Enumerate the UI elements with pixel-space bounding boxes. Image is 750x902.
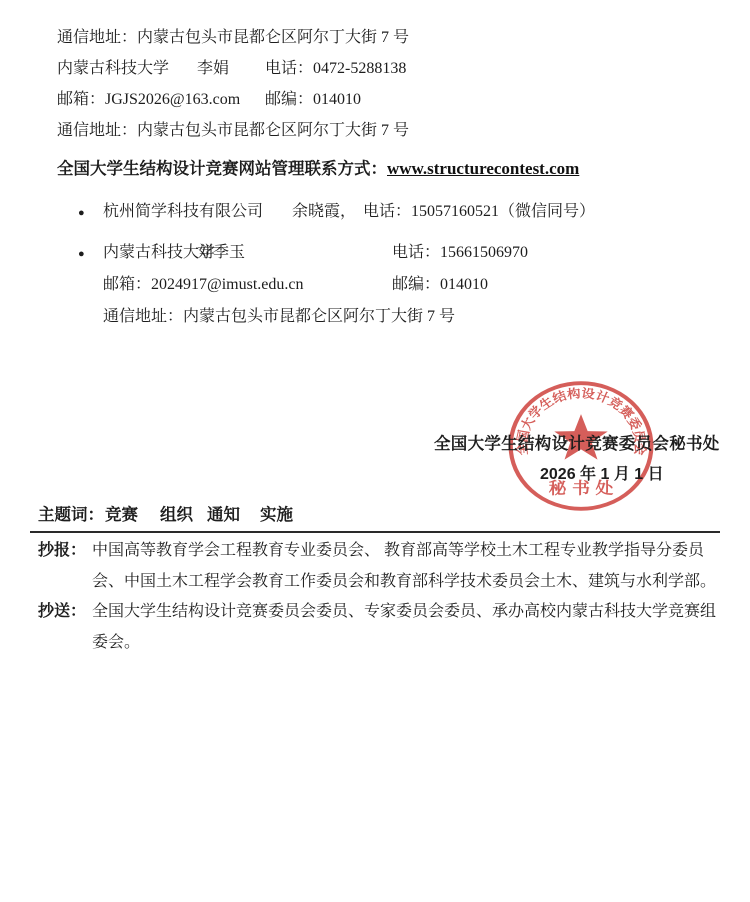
keyword-item: 竞赛 (105, 504, 138, 526)
cc-report-line-2: 会、中国土木工程学会教育工作委员会和教育部科学技术委员会土木、建筑与水利学部。 (92, 571, 716, 593)
cc-report-label: 抄报： (38, 540, 86, 562)
signature-date: 2026 年 1 月 1 日 (540, 464, 664, 486)
bullet2-address: 通信地址：内蒙古包头市昆都仑区阿尔丁大街 7 号 (103, 306, 455, 328)
contact-phone: 电话：0472-5288138 (265, 58, 406, 80)
bullet1-person-name: 余晓霞， (292, 201, 356, 223)
bullet2-postcode: 邮编：014010 (392, 274, 488, 296)
bullet2-email: 邮箱：2024917@imust.edu.cn (103, 274, 304, 296)
contact-email: 邮箱：JGJS2026@163.com (57, 89, 240, 111)
keyword-item: 通知 (207, 504, 240, 526)
bullet2-phone: 电话：15661506970 (392, 242, 528, 264)
separator-line (30, 531, 720, 533)
contact-org: 内蒙古科技大学 (57, 58, 169, 80)
contact-person-name: 李娟 (197, 58, 229, 80)
contact-address-line-2: 通信地址：内蒙古包头市昆都仑区阿尔丁大街 7 号 (57, 120, 409, 142)
contact-address-line-1: 通信地址：内蒙古包头市昆都仑区阿尔丁大街 7 号 (57, 27, 409, 49)
website-url-link[interactable]: www.structurecontest.com (387, 159, 579, 178)
signature-org: 全国大学生结构设计竞赛委员会秘书处 (434, 433, 720, 455)
cc-send-line-1: 全国大学生结构设计竞赛委员会委员、专家委员会委员、承办高校内蒙古科技大学竞赛组 (92, 601, 716, 623)
bullet2-person-name: 刘季玉 (197, 242, 245, 264)
keywords-label: 主题词： (38, 504, 104, 526)
contact-postcode: 邮编：014010 (265, 89, 361, 111)
cc-report-line-1: 中国高等教育学会工程教育专业委员会、 教育部高等学校土木工程专业教学指导分委员 (92, 540, 704, 562)
bullet1-org: 杭州简学科技有限公司 (103, 201, 263, 223)
bullet-icon: ● (78, 243, 85, 265)
cc-send-label: 抄送： (38, 601, 86, 623)
keyword-item: 组织 (160, 504, 193, 526)
document-page: 通信地址：内蒙古包头市昆都仑区阿尔丁大街 7 号 内蒙古科技大学 李娟 电话：0… (0, 0, 750, 902)
keyword-item: 实施 (260, 504, 293, 526)
cc-send-line-2: 委会。 (92, 632, 140, 654)
website-contact-label: 全国大学生结构设计竞赛网站管理联系方式： (57, 160, 387, 178)
bullet1-phone: 电话：15057160521（微信同号） (363, 201, 595, 223)
bullet-icon: ● (78, 202, 85, 224)
